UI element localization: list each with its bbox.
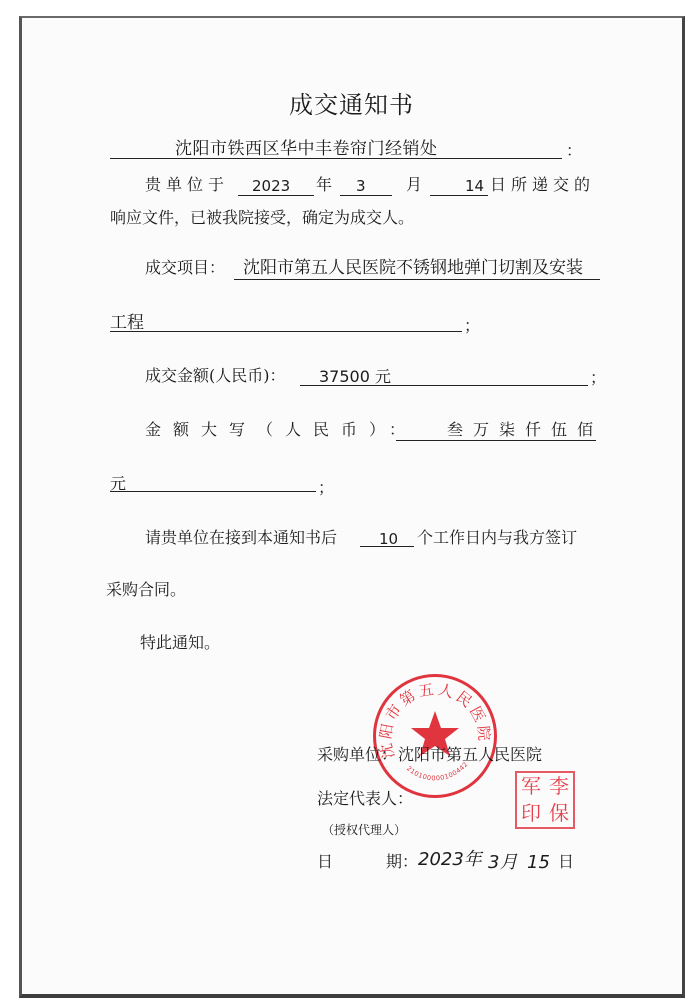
seal-char: 军 <box>517 773 545 800</box>
project-label: 成交项目： <box>145 258 225 278</box>
date-handwritten-month: 3月 <box>488 853 517 873</box>
sign-para-prefix: 请贵单位在接到本通知书后 <box>145 528 337 548</box>
personal-square-seal: 军 李 印 保 <box>515 771 575 829</box>
para1-line2: 响应文件，已被我院接受，确定为成交人。 <box>110 208 414 228</box>
document-title: 成交通知书 <box>289 95 414 115</box>
date-label-1: 日 <box>317 852 333 872</box>
para1-suffix: 日所递交的 <box>490 175 595 195</box>
date-handwritten-year: 2023年 <box>418 850 482 870</box>
submission-year: 2023 <box>252 176 290 196</box>
amount-underline <box>300 385 588 386</box>
project-underline-1 <box>234 279 600 280</box>
official-round-seal: 沈阳市第五人民医院 2101000001004428 <box>373 674 497 798</box>
sign-para-suffix: 个工作日内与我方签订 <box>417 528 577 548</box>
amount-words-end: ； <box>318 478 334 498</box>
agent-note: （授权代理人） <box>322 820 406 840</box>
month-label: 月 <box>406 175 422 195</box>
project-value-line1: 沈阳市第五人民医院不锈钢地弹门切割及安装 <box>243 258 583 278</box>
project-end: ； <box>464 316 480 336</box>
amount-words-label: 金额大写（人民币）： <box>145 420 417 440</box>
recipient-underline <box>110 158 562 159</box>
paper-sheet <box>19 16 685 998</box>
date-label-2: 期： <box>386 852 418 872</box>
date-end: 日 <box>558 852 574 872</box>
para1-prefix: 贵单位于 <box>145 175 229 195</box>
sign-days-underline <box>360 546 414 547</box>
day-underline <box>430 195 488 196</box>
date-handwritten-day: 15 <box>527 853 550 873</box>
seal-char: 保 <box>545 800 573 827</box>
recipient-colon: ： <box>566 141 582 161</box>
buyer-label: 采购单位： <box>317 745 397 765</box>
amount-words-line1: 叁万柒仟伍佰 <box>447 420 603 440</box>
year-label: 年 <box>316 175 332 195</box>
legal-rep-label: 法定代表人： <box>317 789 413 809</box>
recipient-name: 沈阳市铁西区华中丰卷帘门经销处 <box>175 139 438 159</box>
seal-char: 李 <box>545 773 573 800</box>
month-underline <box>340 195 392 196</box>
sign-para-line2: 采购合同。 <box>106 580 186 600</box>
amount-words-underline-2 <box>110 491 316 492</box>
amount-value: 37500 元 <box>319 367 391 387</box>
buyer-value: 沈阳市第五人民医院 <box>398 745 542 765</box>
project-value-line2: 工程 <box>110 313 144 333</box>
project-underline-2 <box>110 331 462 332</box>
submission-month: 3 <box>356 176 366 196</box>
amount-end: ； <box>590 368 606 388</box>
closing-text: 特此通知。 <box>140 633 220 653</box>
amount-words-underline-1 <box>396 440 596 441</box>
submission-day: 14 <box>465 176 484 196</box>
amount-label: 成交金额(人民币)： <box>145 366 286 386</box>
seal-char: 印 <box>517 800 545 827</box>
year-underline <box>238 195 314 196</box>
